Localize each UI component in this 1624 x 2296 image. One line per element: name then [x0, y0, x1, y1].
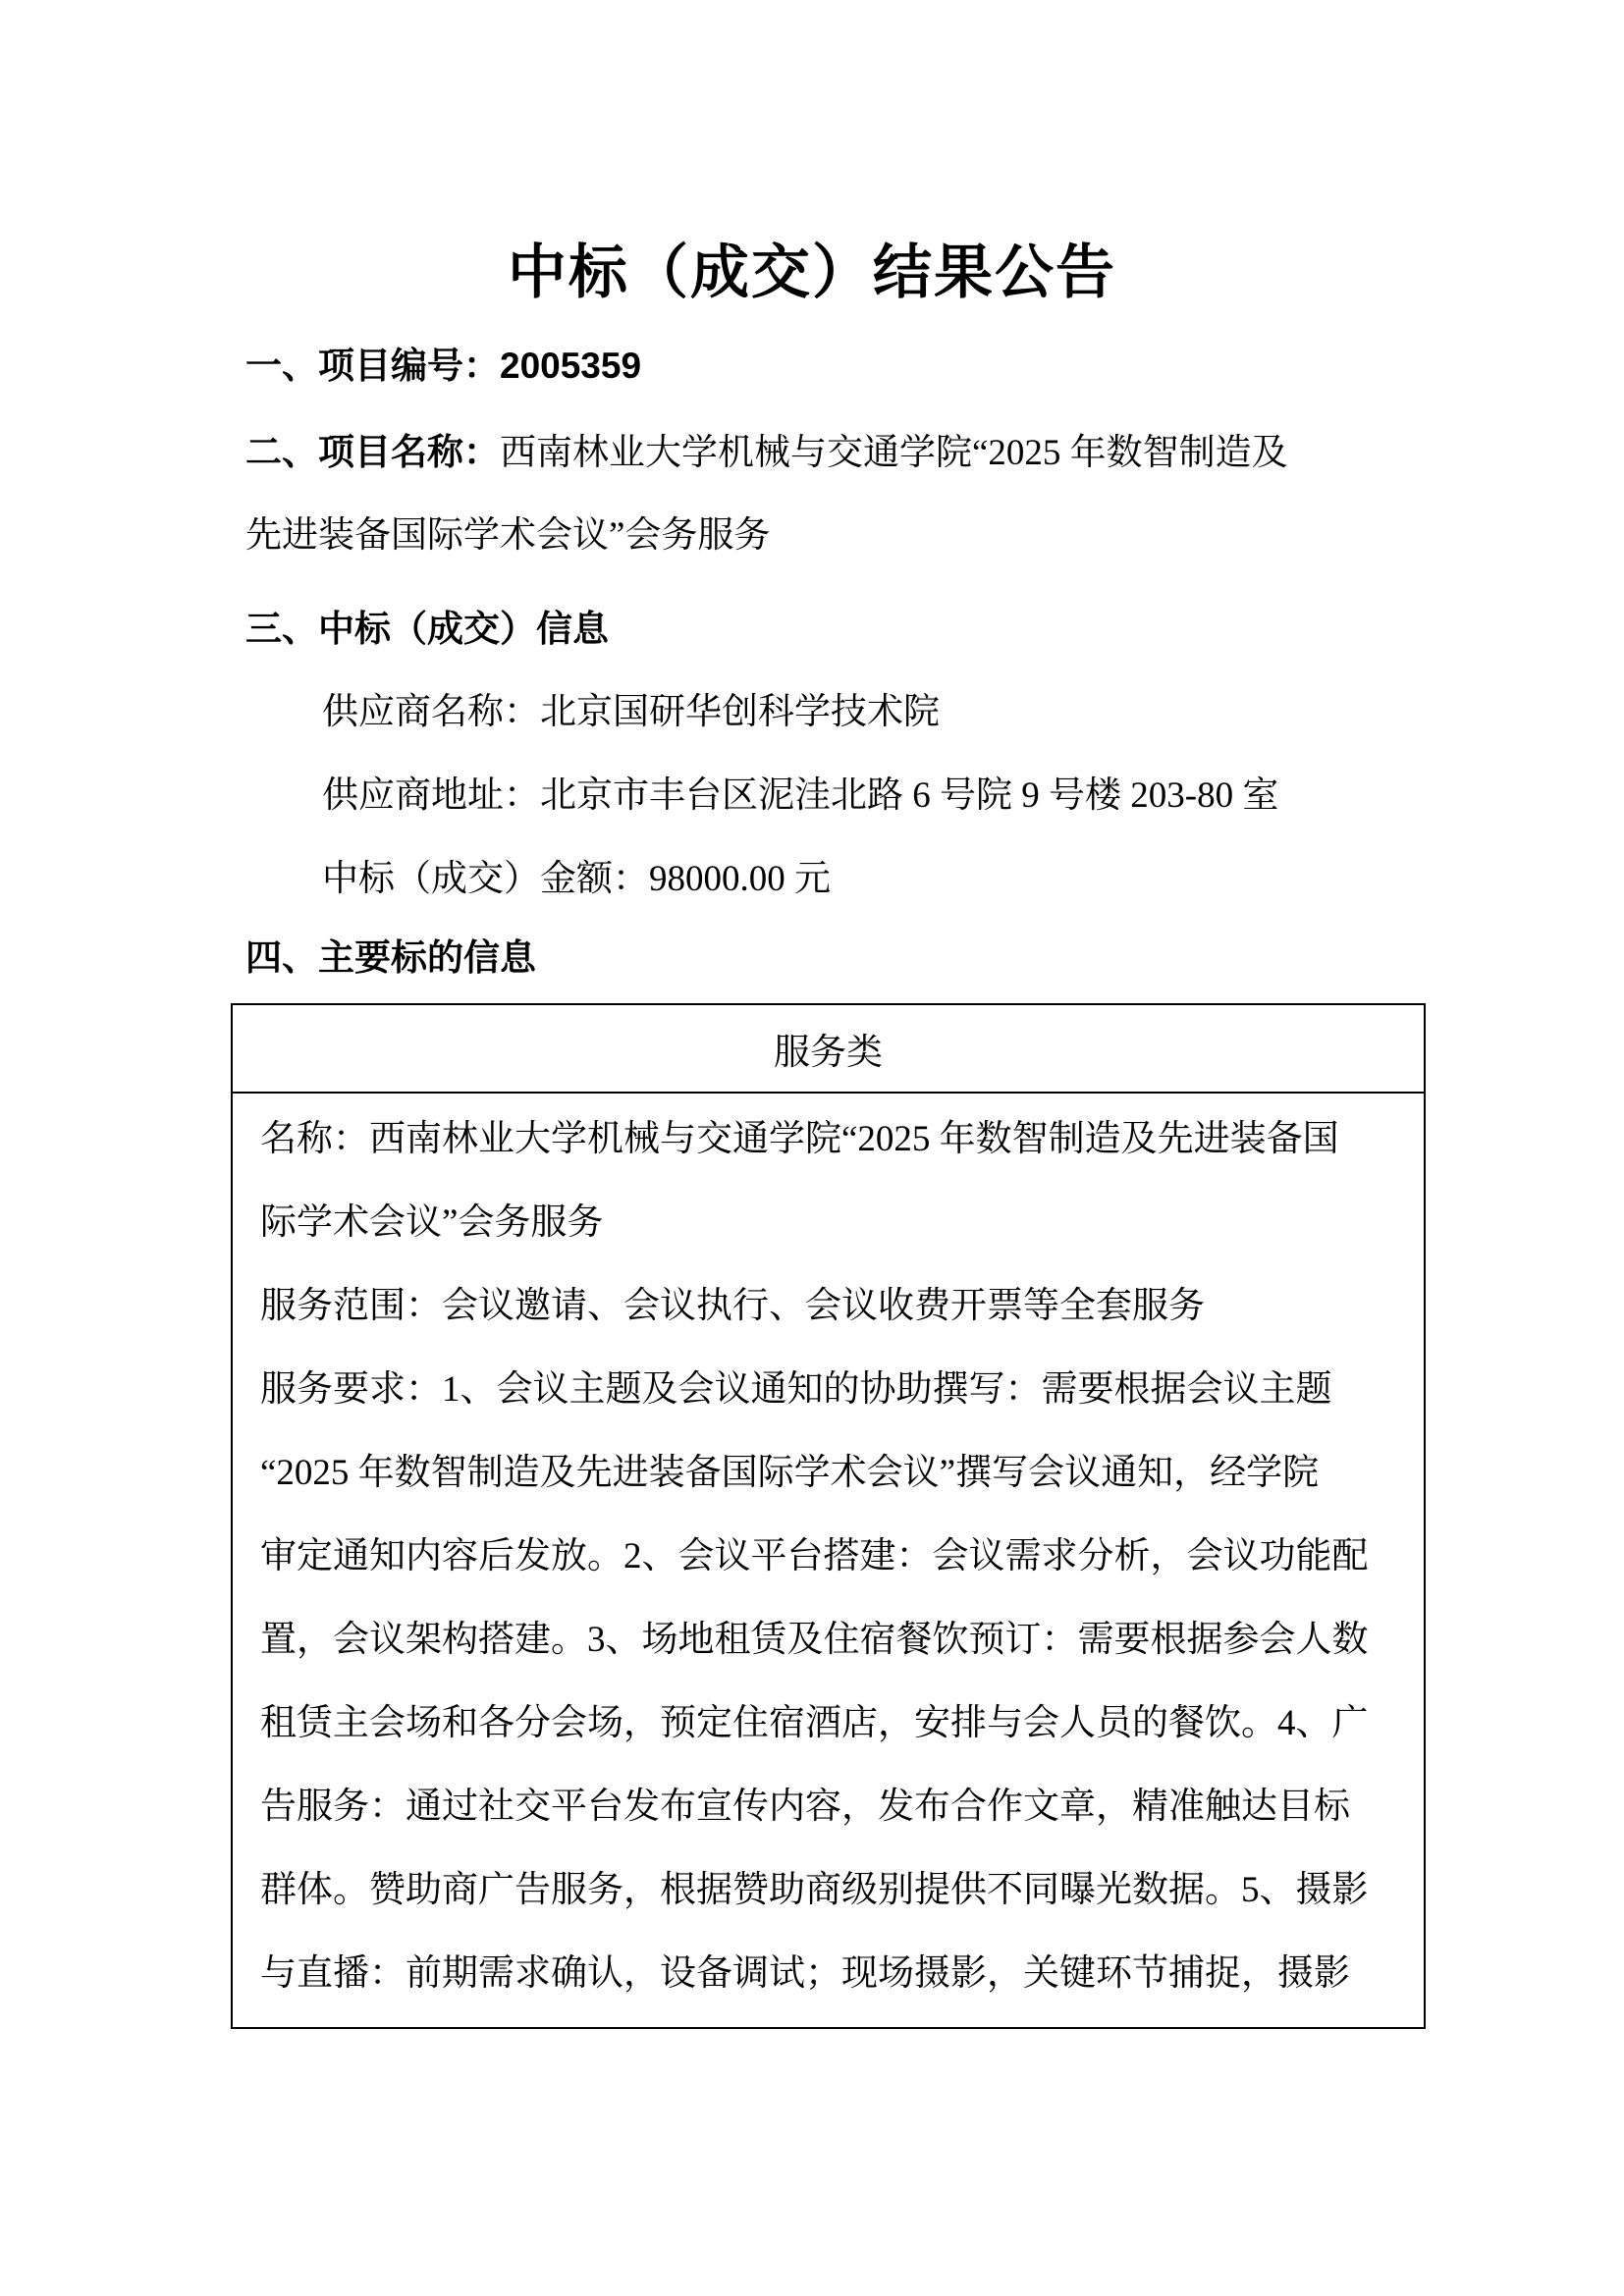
project-name-line1: 西南林业大学机械与交通学院“2025 年数智制造及: [500, 433, 1288, 473]
table-line: 与直播：前期需求确认，设备调试；现场摄影，关键环节捕捉，摄影: [260, 1932, 1396, 2015]
table-line: 告服务：通过社交平台发布宣传内容，发布合作文章，精准触达目标: [260, 1765, 1396, 1848]
table-line: 名称：西南林业大学机械与交通学院“2025 年数智制造及先进装备国: [260, 1097, 1396, 1181]
table-header-row: 服务类: [233, 1005, 1424, 1094]
table-line: 服务范围：会议邀请、会议执行、会议收费开票等全套服务: [260, 1264, 1396, 1348]
project-number-label: 一、项目编号：: [245, 346, 500, 386]
table-body-cell: 名称：西南林业大学机械与交通学院“2025 年数智制造及先进装备国 际学术会议”…: [233, 1094, 1424, 2015]
document-page: 中标（成交）结果公告 一、项目编号：2005359 二、项目名称：西南林业大学机…: [0, 0, 1624, 2296]
table-line: 群体。赞助商广告服务，根据赞助商级别提供不同曝光数据。5、摄影: [260, 1848, 1396, 1932]
page-title: 中标（成交）结果公告: [0, 236, 1624, 310]
table-line: 租赁主会场和各分会场，预定住宿酒店，安排与会人员的餐饮。4、广: [260, 1682, 1396, 1765]
supplier-name: 供应商名称：北京国研华创科学技术院: [322, 691, 1434, 734]
project-name-line2: 先进装备国际学术会议”会务服务: [245, 514, 1434, 558]
table-line: 置，会议架构搭建。3、场地租赁及住宿餐饮预订：需要根据参会人数: [260, 1598, 1396, 1682]
table-line: 际学术会议”会务服务: [260, 1181, 1396, 1264]
table-category-header: 服务类: [774, 1022, 883, 1075]
section-project-name: 二、项目名称：西南林业大学机械与交通学院“2025 年数智制造及: [245, 431, 1434, 475]
table-line: 审定通知内容后发放。2、会议平台搭建：会议需求分析，会议功能配: [260, 1515, 1396, 1598]
project-number-value: 2005359: [500, 346, 641, 386]
subject-info-table: 服务类 名称：西南林业大学机械与交通学院“2025 年数智制造及先进装备国 际学…: [231, 1003, 1426, 2029]
section-award-info-heading: 三、中标（成交）信息: [245, 608, 1434, 651]
supplier-address: 供应商地址：北京市丰台区泥洼北路 6 号院 9 号楼 203-80 室: [322, 774, 1434, 818]
award-amount: 中标（成交）金额：98000.00 元: [322, 858, 1434, 901]
section-project-number: 一、项目编号：2005359: [245, 345, 1434, 388]
section-subject-info-heading: 四、主要标的信息: [245, 936, 1434, 980]
project-name-label: 二、项目名称：: [245, 432, 500, 472]
table-line: “2025 年数智制造及先进装备国际学术会议”撰写会议通知，经学院: [260, 1431, 1396, 1515]
table-line: 服务要求：1、会议主题及会议通知的协助撰写：需要根据会议主题: [260, 1348, 1396, 1431]
